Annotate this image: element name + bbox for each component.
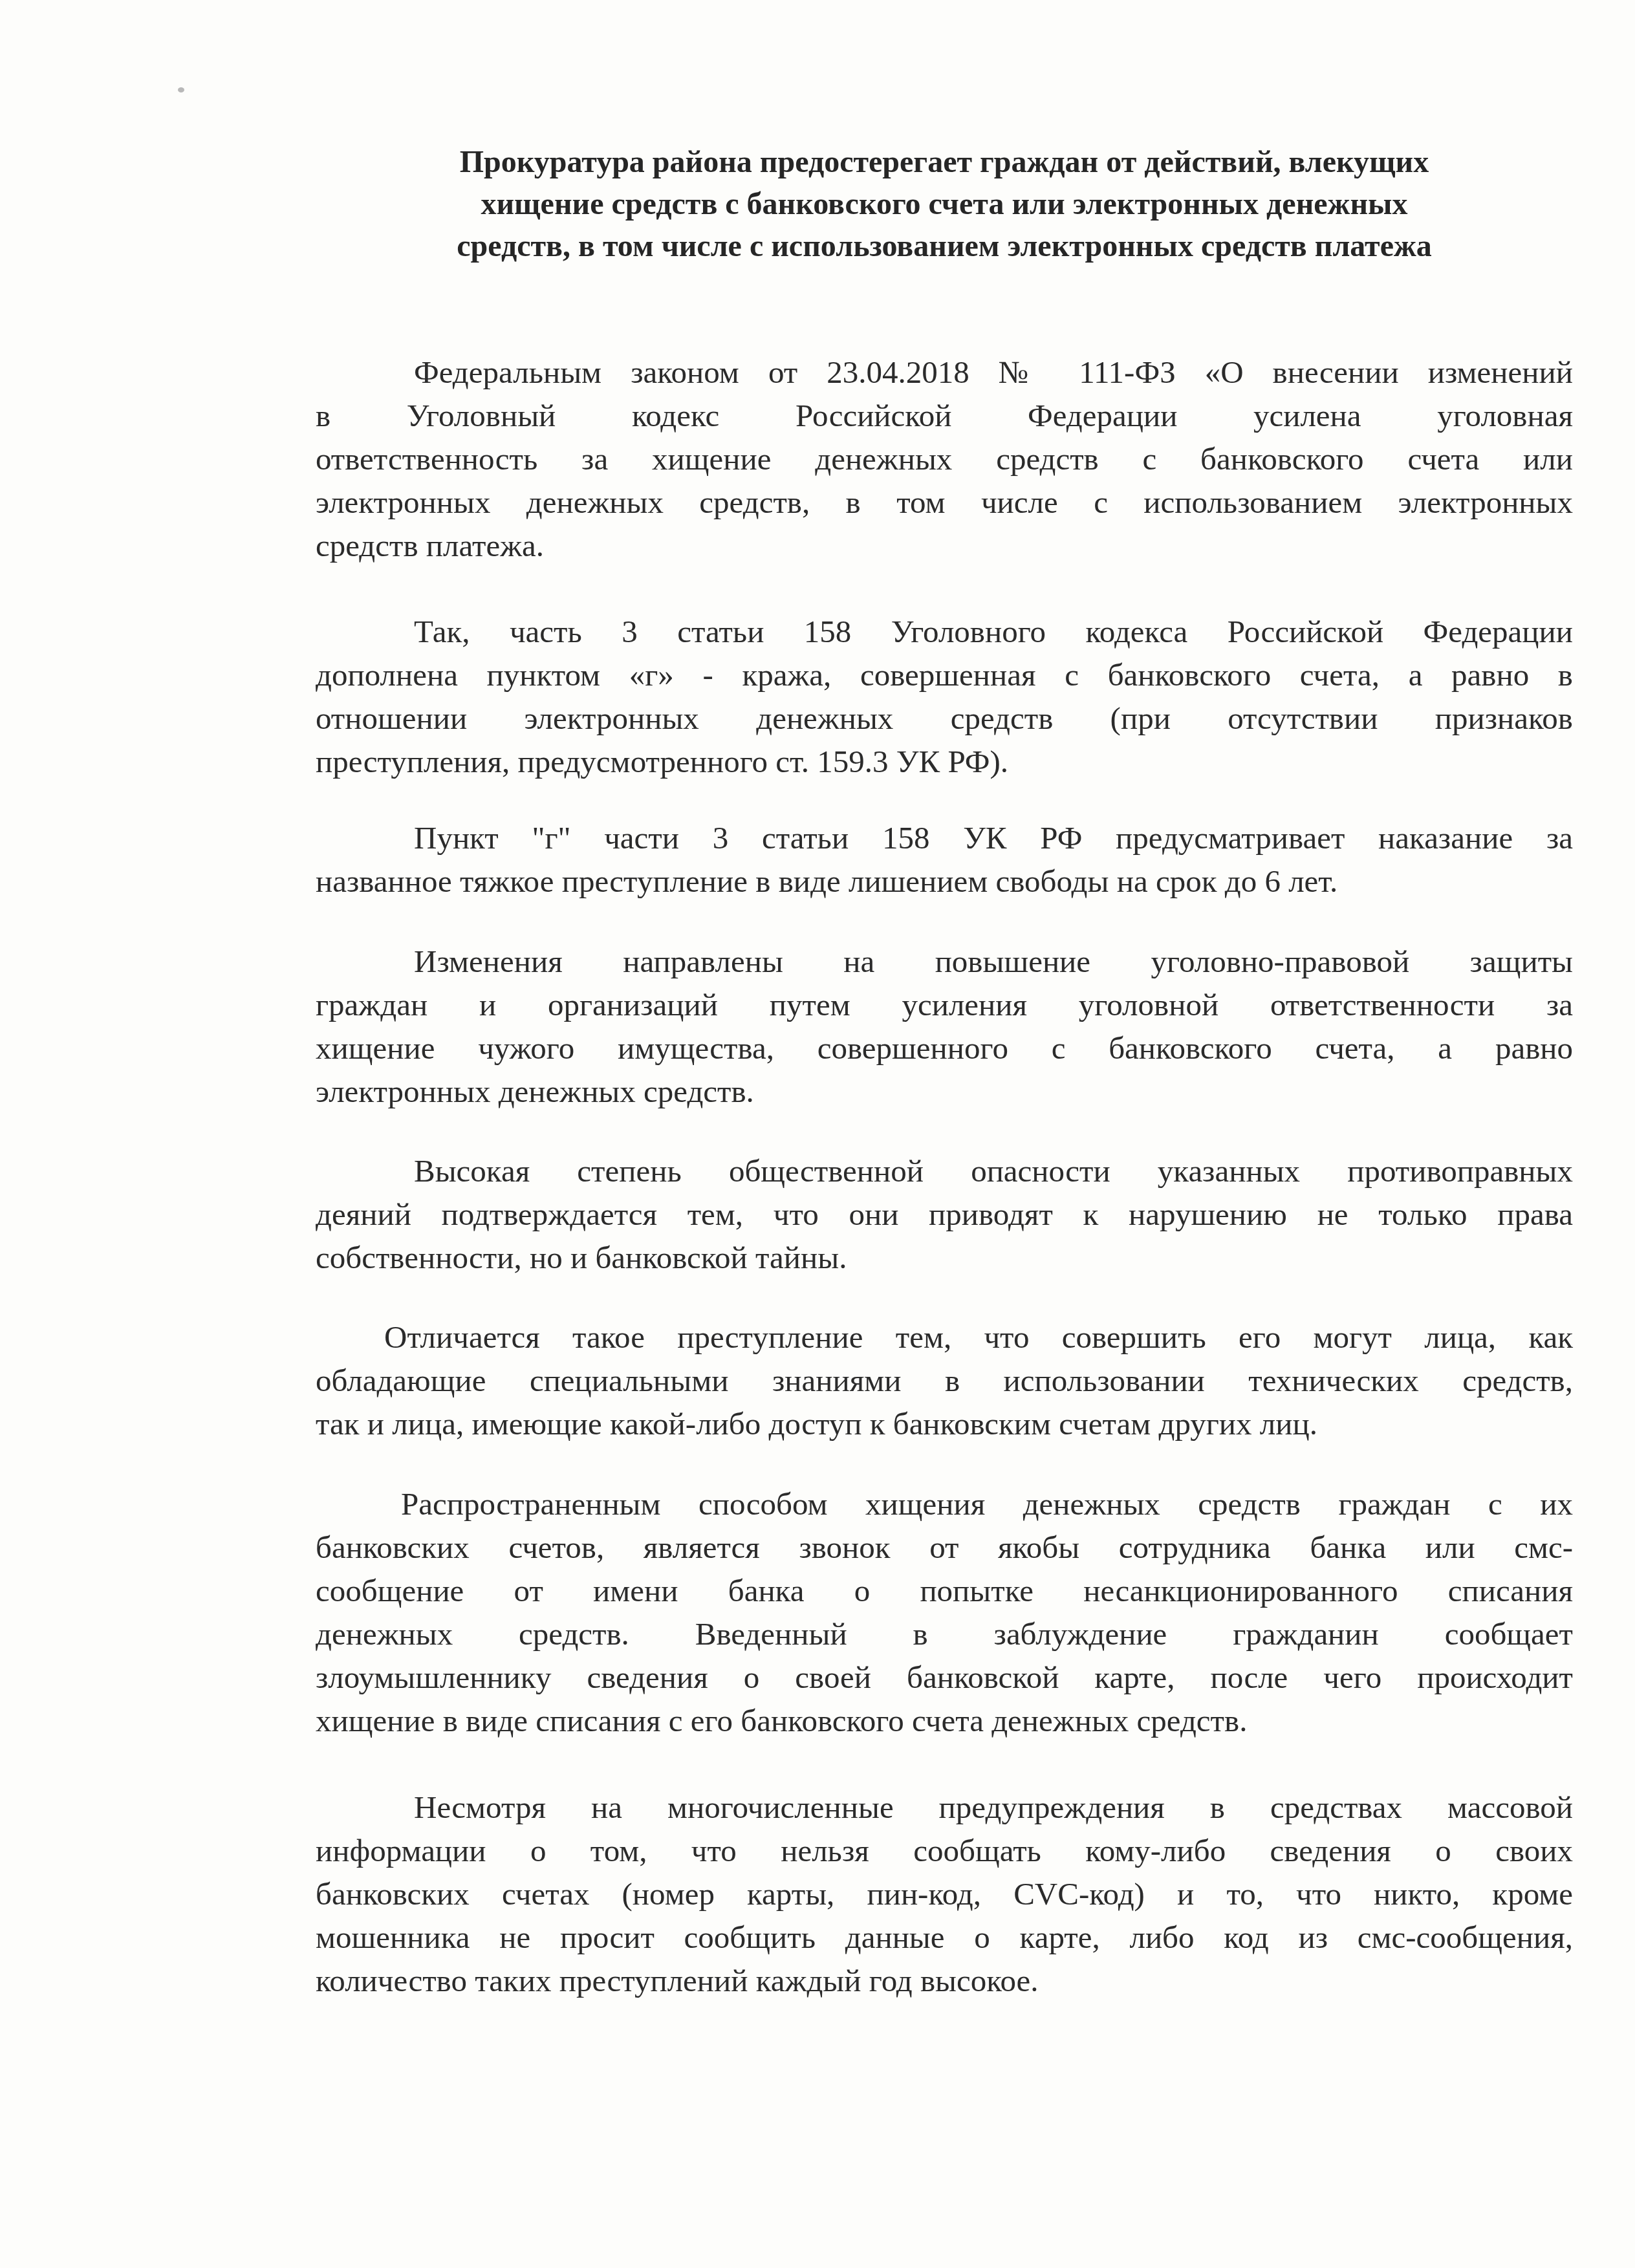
paragraph-line: Так, часть 3 статьи 158 Уголовного кодек… (316, 610, 1573, 653)
paragraph-line: преступления, предусмотренного ст. 159.3… (316, 740, 1573, 783)
paragraph-line: банковских счетах (номер карты, пин-код,… (316, 1872, 1573, 1916)
paragraph-line: Изменения направлены на повышение уголов… (316, 940, 1573, 983)
document-title: Прокуратура района предостерегает гражда… (316, 141, 1573, 267)
paragraph-line: информации о том, что нельзя сообщать ко… (316, 1829, 1573, 1872)
paragraph-line: хищение чужого имущества, совершенного с… (316, 1026, 1573, 1070)
paragraph-warnings: Несмотря на многочисленные предупреждени… (316, 1786, 1573, 2002)
paragraph-line: хищение в виде списания с его банковског… (316, 1699, 1573, 1742)
paragraph-article-158: Так, часть 3 статьи 158 Уголовного кодек… (316, 610, 1573, 783)
paragraph-line: так и лица, имеющие какой-либо доступ к … (316, 1402, 1573, 1445)
paragraph-line: названное тяжкое преступление в виде лиш… (316, 859, 1573, 903)
paragraph-line: Пункт "г" части 3 статьи 158 УК РФ преду… (316, 816, 1573, 859)
title-line: хищение средств с банковского счета или … (316, 183, 1573, 225)
paragraph-public-danger: Высокая степень общественной опасности у… (316, 1149, 1573, 1279)
paragraph-line: сообщение от имени банка о попытке несан… (316, 1569, 1573, 1612)
paragraph-line: Отличается такое преступление тем, что с… (316, 1315, 1573, 1359)
document-page: Прокуратура района предостерегает гражда… (0, 0, 1635, 2268)
scan-speck (178, 87, 184, 92)
paragraph-punishment: Пункт "г" части 3 статьи 158 УК РФ преду… (316, 816, 1573, 903)
paragraph-line: злоумышленнику сведения о своей банковск… (316, 1656, 1573, 1699)
paragraph-common-method: Распространенным способом хищения денежн… (316, 1482, 1573, 1742)
paragraph-line: средств платежа. (316, 524, 1573, 567)
title-line: Прокуратура района предостерегает гражда… (316, 141, 1573, 183)
paragraph-line: Распространенным способом хищения денежн… (316, 1482, 1573, 1526)
paragraph-line: денежных средств. Введенный в заблуждени… (316, 1612, 1573, 1656)
paragraph-line: в Уголовный кодекс Российской Федерации … (316, 394, 1573, 437)
paragraph-changes-purpose: Изменения направлены на повышение уголов… (316, 940, 1573, 1113)
paragraph-line: банковских счетов, является звонок от як… (316, 1526, 1573, 1569)
paragraph-line: Несмотря на многочисленные предупреждени… (316, 1786, 1573, 1829)
paragraph-line: граждан и организаций путем усиления уго… (316, 983, 1573, 1026)
paragraph-line: собственности, но и банковской тайны. (316, 1236, 1573, 1279)
paragraph-line: Высокая степень общественной опасности у… (316, 1149, 1573, 1193)
paragraph-perpetrators: Отличается такое преступление тем, что с… (316, 1315, 1573, 1445)
paragraph-line: деяний подтверждается тем, что они приво… (316, 1193, 1573, 1236)
paragraph-line: Федеральным законом от 23.04.2018 № 111-… (316, 351, 1573, 394)
paragraph-line: дополнена пунктом «г» - кража, совершенн… (316, 653, 1573, 697)
paragraph-line: электронных денежных средств, в том числ… (316, 481, 1573, 524)
paragraph-line: мошенника не просит сообщить данные о ка… (316, 1916, 1573, 1959)
paragraph-law-amendment: Федеральным законом от 23.04.2018 № 111-… (316, 351, 1573, 567)
title-line: средств, в том числе с использованием эл… (316, 225, 1573, 267)
paragraph-line: ответственность за хищение денежных сред… (316, 437, 1573, 481)
paragraph-line: обладающие специальными знаниями в испол… (316, 1359, 1573, 1402)
paragraph-line: количество таких преступлений каждый год… (316, 1959, 1573, 2002)
paragraph-line: отношении электронных денежных средств (… (316, 697, 1573, 740)
paragraph-line: электронных денежных средств. (316, 1070, 1573, 1113)
